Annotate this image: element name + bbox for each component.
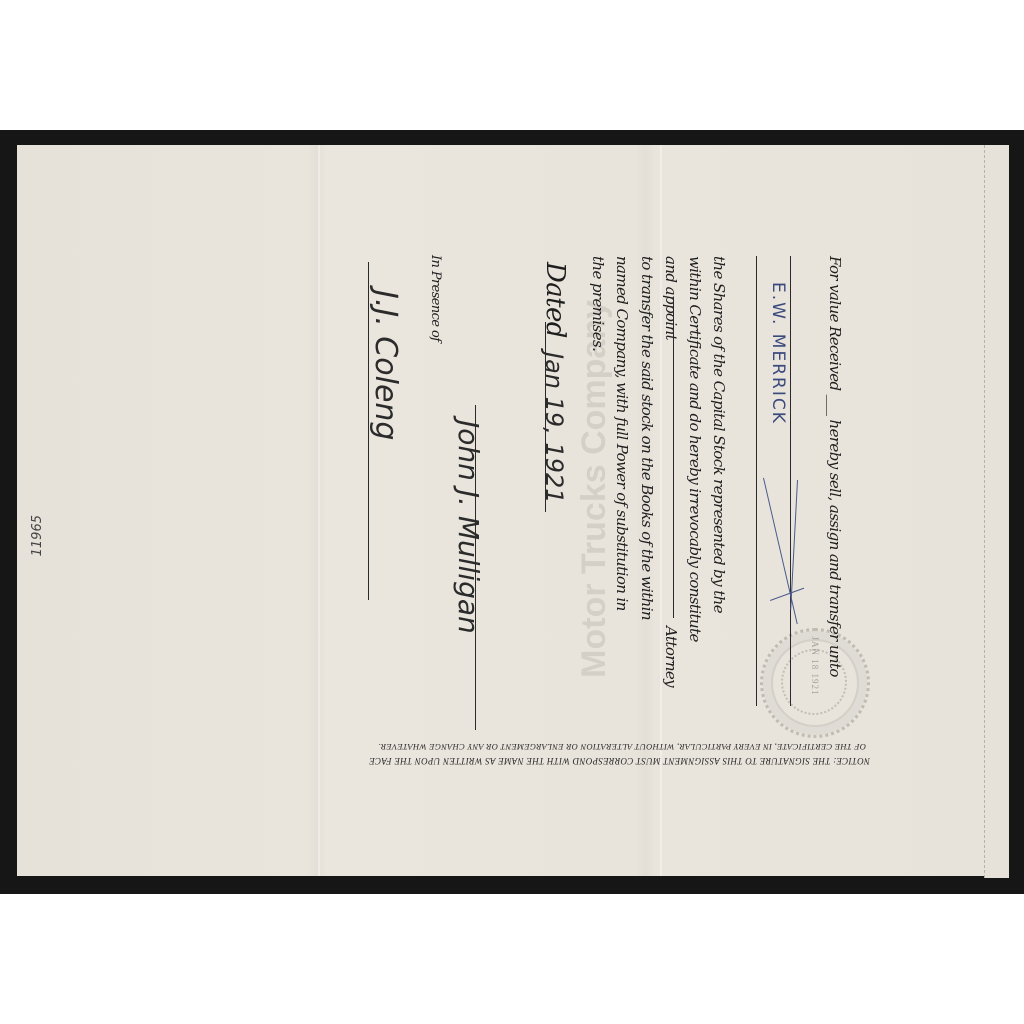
fold-line xyxy=(318,145,320,876)
signature: John J. Mulligan xyxy=(452,420,485,634)
assignment-line-1: For value Received ___ hereby sell, assi… xyxy=(826,256,844,677)
assignment-line-4: and appoint xyxy=(662,256,680,340)
show-through-text: Motor Trucks Company xyxy=(575,300,614,678)
assignment-line-2: the Shares of the Capital Stock represen… xyxy=(710,256,728,613)
attorney-line xyxy=(673,298,674,618)
assignment-line-6: named Company, with full Power of substi… xyxy=(613,256,631,611)
embossed-seal: JAN 18 1921 xyxy=(760,628,870,738)
notice-line-1: NOTICE: THE SIGNATURE TO THIS ASSIGNMENT… xyxy=(380,756,870,766)
seal-date: JAN 18 1921 xyxy=(810,614,820,718)
assignment-line-7: the premises. xyxy=(589,256,607,351)
assignment-line-5: to transfer the said stock on the Books … xyxy=(638,256,656,620)
witness-label: In Presence of xyxy=(428,255,443,341)
witness-signature: J.J. Coleng xyxy=(368,290,403,440)
blank-line xyxy=(756,256,757,706)
pencil-note: 11965 xyxy=(30,515,45,556)
perforated-stub xyxy=(984,145,1009,878)
notice-line-2: OF THE CERTIFICATE, IN EVERY PARTICULAR,… xyxy=(376,742,866,752)
assignee-line xyxy=(790,256,791,706)
assignment-line-3: within Certificate and do hereby irrevoc… xyxy=(686,256,704,642)
fold-line xyxy=(660,145,662,876)
assignee-name: E.W. MERRICK xyxy=(768,282,788,425)
attorney-label: Attorney xyxy=(662,626,680,687)
date-value: Jan 19, 1921 xyxy=(540,352,568,504)
